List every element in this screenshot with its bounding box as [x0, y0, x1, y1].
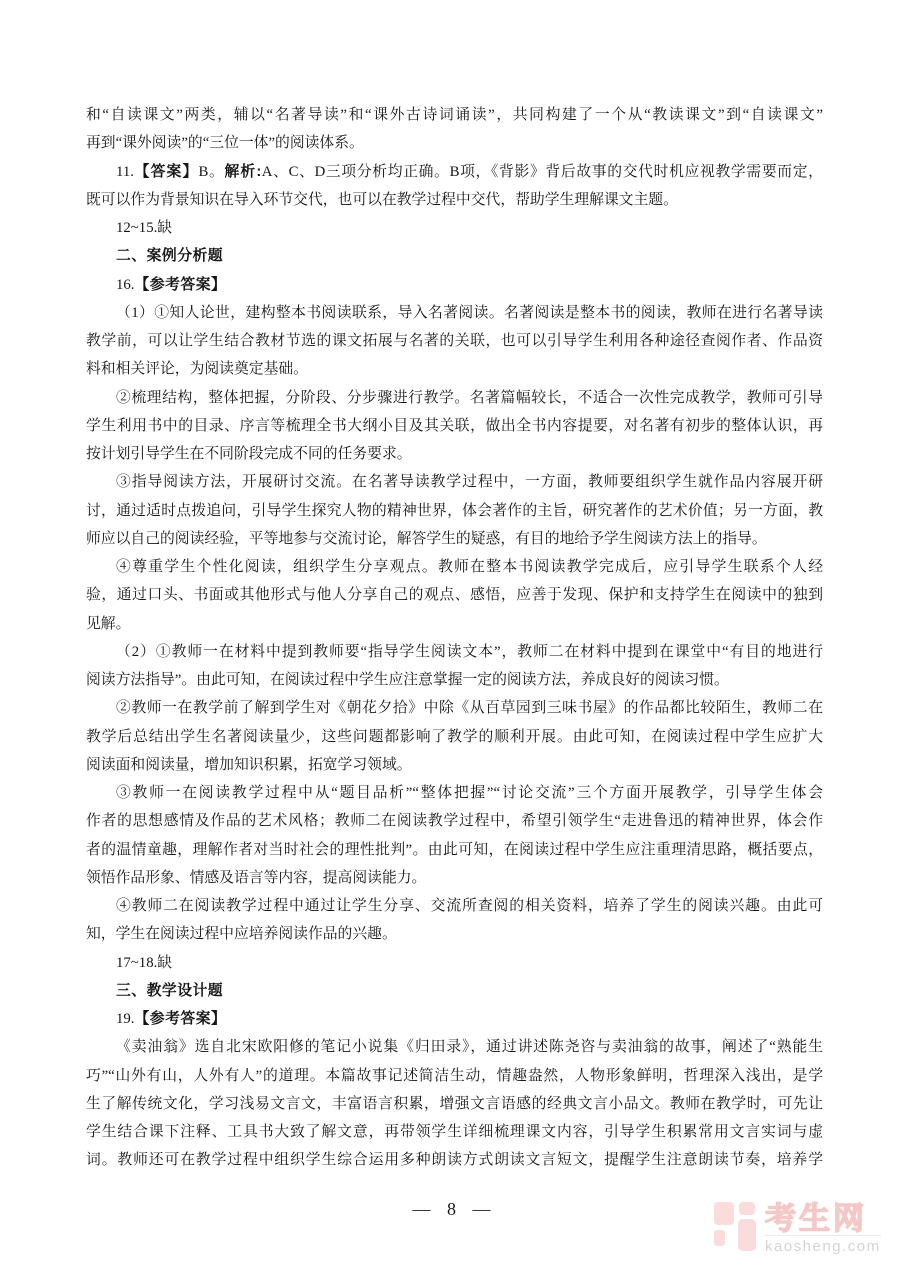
- bold-text-segment: 【答案】: [134, 164, 198, 180]
- text-line: 16.【参考答案】: [86, 271, 823, 299]
- text-segment: 按计划引导学生在不同阶段完成不同的任务要求。: [86, 446, 412, 462]
- text-segment: ②教师一在教学前了解到学生对《朝花夕拾》中除《从百草园到三味书屋》的作品都比较陌…: [116, 700, 823, 716]
- text-segment: ②梳理结构，整体把握，分阶段、分步骤进行教学。名著篇幅较长，不适合一次性完成教学…: [116, 390, 823, 406]
- scanned-page: 和“自读课文”两类，辅以“名著导读”和“课外古诗词诵读”，共同构建了一个从“教读…: [0, 0, 900, 1271]
- text-line: 和“自读课文”两类，辅以“名著导读”和“课外古诗词诵读”，共同构建了一个从“教读…: [86, 101, 823, 129]
- watermark-brand-en: kaosheng.com: [765, 1235, 881, 1255]
- text-segment: ④尊重学生个性化阅读，组织学生分享观点。教师在整本书阅读教学完成后，应引导学生联…: [116, 559, 823, 575]
- text-segment: 教学后总结出学生名著阅读量少，这些问题都影响了教学的顺利开展。由此可知，在阅读过…: [86, 729, 823, 745]
- text-segment: ③教师一在阅读教学过程中从“题目品析”“整体把握”“讨论交流”三个方面开展教学，…: [116, 785, 823, 801]
- text-segment: 见解。: [86, 616, 130, 632]
- text-segment: 17~18.缺: [116, 955, 172, 971]
- text-segment: 12~15.缺: [116, 220, 172, 236]
- text-line: （1）①知人论世，建构整本书阅读联系，导入名著阅读。名著阅读是整本书的阅读，教师…: [86, 299, 823, 327]
- text-segment: 既可以作为背景知识在导入环节交代，也可以在教学过程中交代，帮助学生理解课文主题。: [86, 192, 678, 208]
- text-line: （2）①教师一在材料中提到教师要“指导学生阅读文本”，教师二在材料中提到在课堂中…: [86, 638, 823, 666]
- text-segment: 阅读面和阅读量，增加知识积累，拓宽学习领域。: [86, 757, 412, 773]
- text-segment: 学生结合课下注释、工具书大致了解文意，再带领学生详细梳理课文内容，引导学生积累常…: [86, 1124, 823, 1140]
- text-segment: A、C、D三项分析均正确。B项，《背影》背后故事的交代时机应视教学需要而定，: [262, 164, 823, 180]
- text-line: 巧”“山外有山，人外有人”的道理。本篇故事记述简洁生动，情趣盎然，人物形象鲜明，…: [86, 1062, 823, 1090]
- text-line: 者的温情童趣，理解作者对当时社会的理性批判”。由此可知，在阅读过程中学生应注重理…: [86, 836, 823, 864]
- text-segment: 验，通过口头、书面或其他形式与他人分享自己的观点、感悟，应善于发现、保护和支持学…: [86, 587, 823, 603]
- text-line: ④教师二在阅读教学过程中通过让学生分享、交流所查阅的相关资料，培养了学生的阅读兴…: [86, 892, 823, 920]
- text-segment: 《卖油翁》选自北宋欧阳修的笔记小说集《归田录》，通过讲述陈尧咨与卖油翁的故事，阐…: [116, 1039, 823, 1055]
- text-segment: 作者的思想感情及作品的艺术风格；教师二在阅读教学过程中，希望引领学生“走进鲁迅的…: [86, 813, 823, 829]
- text-line: 词。教师还可在教学过程中组织学生综合运用多种朗读方式朗读文言短文，提醒学生注意朗…: [86, 1146, 823, 1174]
- text-segment: B。: [198, 164, 224, 180]
- text-line: 二、案例分析题: [86, 242, 823, 270]
- text-line: 19.【参考答案】: [86, 1005, 823, 1033]
- text-line: ③教师一在阅读教学过程中从“题目品析”“整体把握”“讨论交流”三个方面开展教学，…: [86, 779, 823, 807]
- text-line: 17~18.缺: [86, 949, 823, 977]
- text-segment: 16.: [116, 277, 135, 293]
- text-segment: （1）①知人论世，建构整本书阅读联系，导入名著阅读。名著阅读是整本书的阅读，教师…: [116, 305, 823, 321]
- text-segment: 词。教师还可在教学过程中组织学生综合运用多种朗读方式朗读文言短文，提醒学生注意朗…: [86, 1152, 823, 1168]
- text-segment: 讨，通过适时点拨追问，引导学生探究人物的精神世界，体会著作的主旨，研究著作的艺术…: [86, 503, 823, 519]
- watermark-brand-cn: 考生网: [765, 1202, 881, 1235]
- text-segment: ④教师二在阅读教学过程中通过让学生分享、交流所查阅的相关资料，培养了学生的阅读兴…: [116, 898, 823, 914]
- text-segment: （2）①教师一在材料中提到教师要“指导学生阅读文本”，教师二在材料中提到在课堂中…: [116, 644, 823, 660]
- bold-text-segment: 三、教学设计题: [116, 983, 223, 999]
- text-line: 再到“课外阅读”的“三位一体”的阅读体系。: [86, 129, 823, 157]
- text-line: 11.【答案】B。解析:A、C、D三项分析均正确。B项，《背影》背后故事的交代时…: [86, 158, 823, 186]
- text-line: ④尊重学生个性化阅读，组织学生分享观点。教师在整本书阅读教学完成后，应引导学生联…: [86, 553, 823, 581]
- watermark-text: 考生网 kaosheng.com: [765, 1202, 881, 1255]
- text-line: 学生结合课下注释、工具书大致了解文意，再带领学生详细梳理课文内容，引导学生积累常…: [86, 1118, 823, 1146]
- bold-text-segment: 二、案例分析题: [116, 248, 223, 264]
- text-line: 《卖油翁》选自北宋欧阳修的笔记小说集《归田录》，通过讲述陈尧咨与卖油翁的故事，阐…: [86, 1033, 823, 1061]
- text-line: 阅读面和阅读量，增加知识积累，拓宽学习领域。: [86, 751, 823, 779]
- text-line: 作者的思想感情及作品的艺术风格；教师二在阅读教学过程中，希望引领学生“走进鲁迅的…: [86, 807, 823, 835]
- text-line: ②梳理结构，整体把握，分阶段、分步骤进行教学。名著篇幅较长，不适合一次性完成教学…: [86, 384, 823, 412]
- text-line: 12~15.缺: [86, 214, 823, 242]
- text-segment: 学生利用书中的目录、序言等梳理全书大纲小目及其关联，做出全书内容提要，对名著有初…: [86, 418, 823, 434]
- bold-text-segment: 【参考答案】: [135, 1011, 227, 1027]
- text-segment: 巧”“山外有山，人外有人”的道理。本篇故事记述简洁生动，情趣盎然，人物形象鲜明，…: [86, 1068, 823, 1084]
- text-line: 师应以自己的阅读经验，平等地参与交流讨论，解答学生的疑惑，有目的地给予学生阅读方…: [86, 525, 823, 553]
- page-number: — 8 —: [86, 1199, 823, 1220]
- text-line: 学生利用书中的目录、序言等梳理全书大纲小目及其关联，做出全书内容提要，对名著有初…: [86, 412, 823, 440]
- text-segment: 再到“课外阅读”的“三位一体”的阅读体系。: [86, 135, 364, 151]
- kaosheng-watermark: 考生网 kaosheng.com: [714, 1202, 896, 1260]
- text-segment: 19.: [116, 1011, 135, 1027]
- text-segment: 生了解传统文化，学习浅易文言文，丰富语言积累，增强文言语感的经典文言小品文。教师…: [86, 1096, 823, 1112]
- document-lines: 和“自读课文”两类，辅以“名著导读”和“课外古诗词诵读”，共同构建了一个从“教读…: [86, 101, 823, 1175]
- text-segment: 料和相关评论，为阅读奠定基础。: [86, 361, 308, 377]
- text-line: 教学前，可以让学生结合教材节选的课文拓展与名著的关联，也可以引导学生利用各种途径…: [86, 327, 823, 355]
- text-line: 教学后总结出学生名著阅读量少，这些问题都影响了教学的顺利开展。由此可知，在阅读过…: [86, 723, 823, 751]
- text-segment: 知，学生在阅读过程中应培养阅读作品的兴趣。: [86, 926, 397, 942]
- text-line: 三、教学设计题: [86, 977, 823, 1005]
- text-line: 料和相关评论，为阅读奠定基础。: [86, 355, 823, 383]
- text-line: ②教师一在教学前了解到学生对《朝花夕拾》中除《从百草园到三味书屋》的作品都比较陌…: [86, 694, 823, 722]
- text-line: 见解。: [86, 610, 823, 638]
- text-segment: 11.: [116, 164, 134, 180]
- text-line: 领悟作品形象、情感及语言等内容，提高阅读能力。: [86, 864, 823, 892]
- text-line: 知，学生在阅读过程中应培养阅读作品的兴趣。: [86, 920, 823, 948]
- bold-text-segment: 解析:: [224, 164, 261, 180]
- text-segment: 教学前，可以让学生结合教材节选的课文拓展与名著的关联，也可以引导学生利用各种途径…: [86, 333, 823, 349]
- text-segment: ③指导阅读方法，开展研讨交流。在名著导读教学过程中，一方面，教师要组织学生就作品…: [116, 474, 823, 490]
- text-segment: 师应以自己的阅读经验，平等地参与交流讨论，解答学生的疑惑，有目的地给予学生阅读方…: [86, 531, 767, 547]
- bold-text-segment: 【参考答案】: [135, 277, 227, 293]
- text-segment: 者的温情童趣，理解作者对当时社会的理性批判”。由此可知，在阅读过程中学生应注重理…: [86, 842, 823, 858]
- text-line: 生了解传统文化，学习浅易文言文，丰富语言积累，增强文言语感的经典文言小品文。教师…: [86, 1090, 823, 1118]
- text-segment: 领悟作品形象、情感及语言等内容，提高阅读能力。: [86, 870, 426, 886]
- text-line: 讨，通过适时点拨追问，引导学生探究人物的精神世界，体会著作的主旨，研究著作的艺术…: [86, 497, 823, 525]
- kaosheng-logo-icon: [714, 1202, 758, 1254]
- text-line: 按计划引导学生在不同阶段完成不同的任务要求。: [86, 440, 823, 468]
- text-line: 阅读方法指导”。由此可知，在阅读过程中学生应注意掌握一定的阅读方法，养成良好的阅…: [86, 666, 823, 694]
- text-segment: 和“自读课文”两类，辅以“名著导读”和“课外古诗词诵读”，共同构建了一个从“教读…: [86, 107, 823, 123]
- text-segment: 阅读方法指导”。由此可知，在阅读过程中学生应注意掌握一定的阅读方法，养成良好的阅…: [86, 672, 729, 688]
- text-line: ③指导阅读方法，开展研讨交流。在名著导读教学过程中，一方面，教师要组织学生就作品…: [86, 468, 823, 496]
- text-line: 既可以作为背景知识在导入环节交代，也可以在教学过程中交代，帮助学生理解课文主题。: [86, 186, 823, 214]
- text-line: 验，通过口头、书面或其他形式与他人分享自己的观点、感悟，应善于发现、保护和支持学…: [86, 581, 823, 609]
